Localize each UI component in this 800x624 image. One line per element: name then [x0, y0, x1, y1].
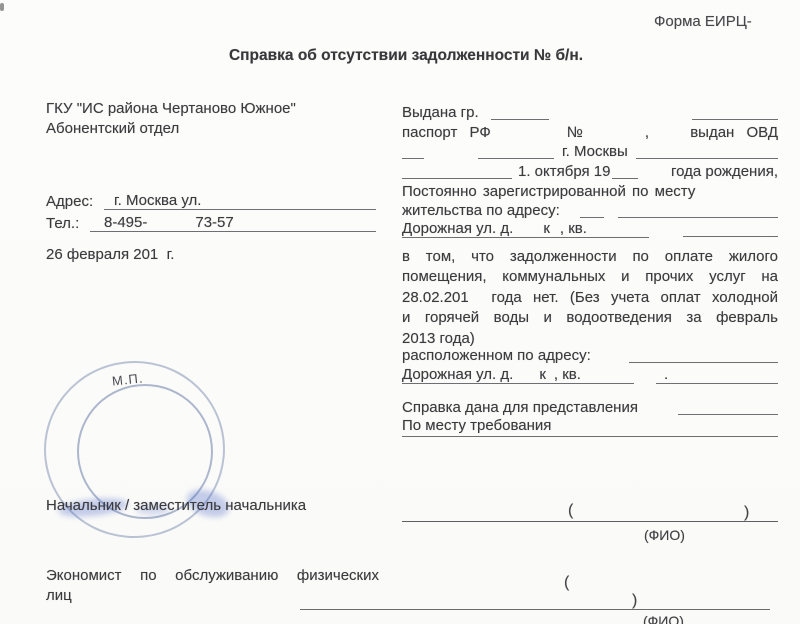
purpose-label: Справка дана для представления: [402, 399, 638, 416]
paragraph-line: и горячей воды и водоотведения за феврал…: [402, 308, 778, 328]
blank-segment: [636, 145, 778, 159]
street-text: Дорожная ул. д.: [402, 220, 513, 237]
purpose-value: По месту требования: [402, 417, 551, 434]
address-blank-line: г. Москва ул.: [104, 192, 376, 210]
located-address-row: Дорожная ул. д. к , кв. .: [402, 365, 778, 384]
address-row: Адрес: г. Москва ул.: [46, 190, 376, 210]
economist-role-line1: Экономист по обслуживанию физических: [46, 566, 379, 586]
registration-text1: Постоянно зарегистрированной по месту: [402, 183, 695, 200]
phone-row: Тел.: 8-495-73-57: [46, 212, 376, 232]
located-row: расположенном по адресу:: [402, 345, 778, 364]
passport-city-row: г. Москвы: [402, 141, 778, 160]
located-label: расположенном по адресу:: [402, 347, 591, 364]
issued-to-label: Выдана гр.: [402, 104, 479, 121]
issued-to-row: Выдана гр.: [402, 102, 778, 121]
passport-no-label: №: [567, 124, 583, 141]
registration-line1: Постоянно зарегистрированной по месту: [402, 181, 778, 200]
paragraph-line: помещения, коммунальных и прочих услуг н…: [402, 267, 778, 287]
blank-segment: [612, 165, 638, 179]
close-paren: ): [744, 504, 749, 522]
registration-text2: жительства по адресу:: [402, 202, 560, 219]
passport-row: паспорт РФ № , выдан ОВД: [402, 122, 778, 141]
dot-mark: .: [656, 366, 668, 383]
phone-label: Тел.:: [46, 215, 90, 232]
korpus-text: к: [539, 366, 546, 383]
phone-blank-line: 8-495-73-57: [90, 214, 376, 232]
blank-segment: [580, 204, 604, 218]
purpose-value-row: По месту требования: [402, 417, 778, 437]
phone-part2: 73-57: [195, 214, 233, 231]
organization-department: Абонентский отдел: [46, 119, 296, 139]
address-label: Адрес:: [46, 193, 104, 210]
registration-address-row: Дорожная ул. д. к , кв.: [402, 219, 778, 238]
name-blank-line: [491, 106, 549, 120]
blank-segment: [478, 145, 554, 159]
scan-artifact-speck: [0, 3, 4, 11]
blank-segment: [402, 165, 512, 179]
form-code-label: Форма ЕИРЦ-: [654, 13, 752, 30]
paragraph-line: 28.02.201 года нет. (Без учета оплат хол…: [402, 288, 778, 308]
address-filled-line: Дорожная ул. д. к , кв.: [402, 220, 649, 238]
blank-segment: [629, 349, 778, 363]
fio-caption: (ФИО): [643, 613, 684, 624]
blank-segment: [678, 401, 778, 415]
street-text: Дорожная ул. д.: [402, 366, 513, 383]
organization-name: ГКУ "ИС района Чертаново Южное": [46, 99, 296, 119]
blank-segment: [402, 145, 424, 159]
name-blank-line-2: [692, 106, 778, 120]
passport-label: паспорт РФ: [402, 124, 491, 141]
phone-part1: 8-495-: [90, 214, 147, 231]
birth-suffix: года рождения,: [671, 163, 778, 180]
chief-role-label: Начальник / заместитель начальника: [46, 497, 306, 514]
birth-date: 1. октября 19: [518, 163, 610, 180]
document-title: Справка об отсутствии задолженности № б/…: [6, 47, 800, 65]
organization-block: ГКУ "ИС района Чертаново Южное" Абонентс…: [46, 99, 296, 139]
kv-text: , кв.: [560, 220, 587, 237]
issue-date: 26 февраля 201 г.: [46, 246, 174, 263]
paragraph-line: в том, что задолженности по оплате жилог…: [402, 247, 778, 267]
korpus-text: к: [543, 220, 550, 237]
fio-caption: (ФИО): [644, 527, 685, 543]
statement-paragraph: в том, что задолженности по оплате жилог…: [402, 247, 778, 349]
address-value: г. Москва ул.: [104, 192, 201, 209]
passport-city: г. Москвы: [562, 143, 628, 160]
blank-segment: [618, 204, 778, 218]
open-paren: (: [568, 502, 573, 520]
passport-issuer-label: выдан ОВД: [690, 124, 778, 141]
blank-segment: .: [656, 366, 778, 384]
registration-line2: жительства по адресу:: [402, 200, 778, 219]
kv-text: , кв.: [554, 366, 581, 383]
chief-signature-line: [402, 500, 778, 522]
economist-signature-line: [300, 590, 770, 610]
scanned-certificate-page: Форма ЕИРЦ- Справка об отсутствии задолж…: [0, 0, 800, 624]
purpose-row: Справка дана для представления: [402, 397, 778, 416]
passport-comma: ,: [645, 124, 649, 141]
address-filled-line: Дорожная ул. д. к , кв.: [402, 366, 634, 384]
birth-date-row: 1. октября 19 года рождения,: [402, 161, 778, 180]
blank-segment: [683, 223, 778, 237]
